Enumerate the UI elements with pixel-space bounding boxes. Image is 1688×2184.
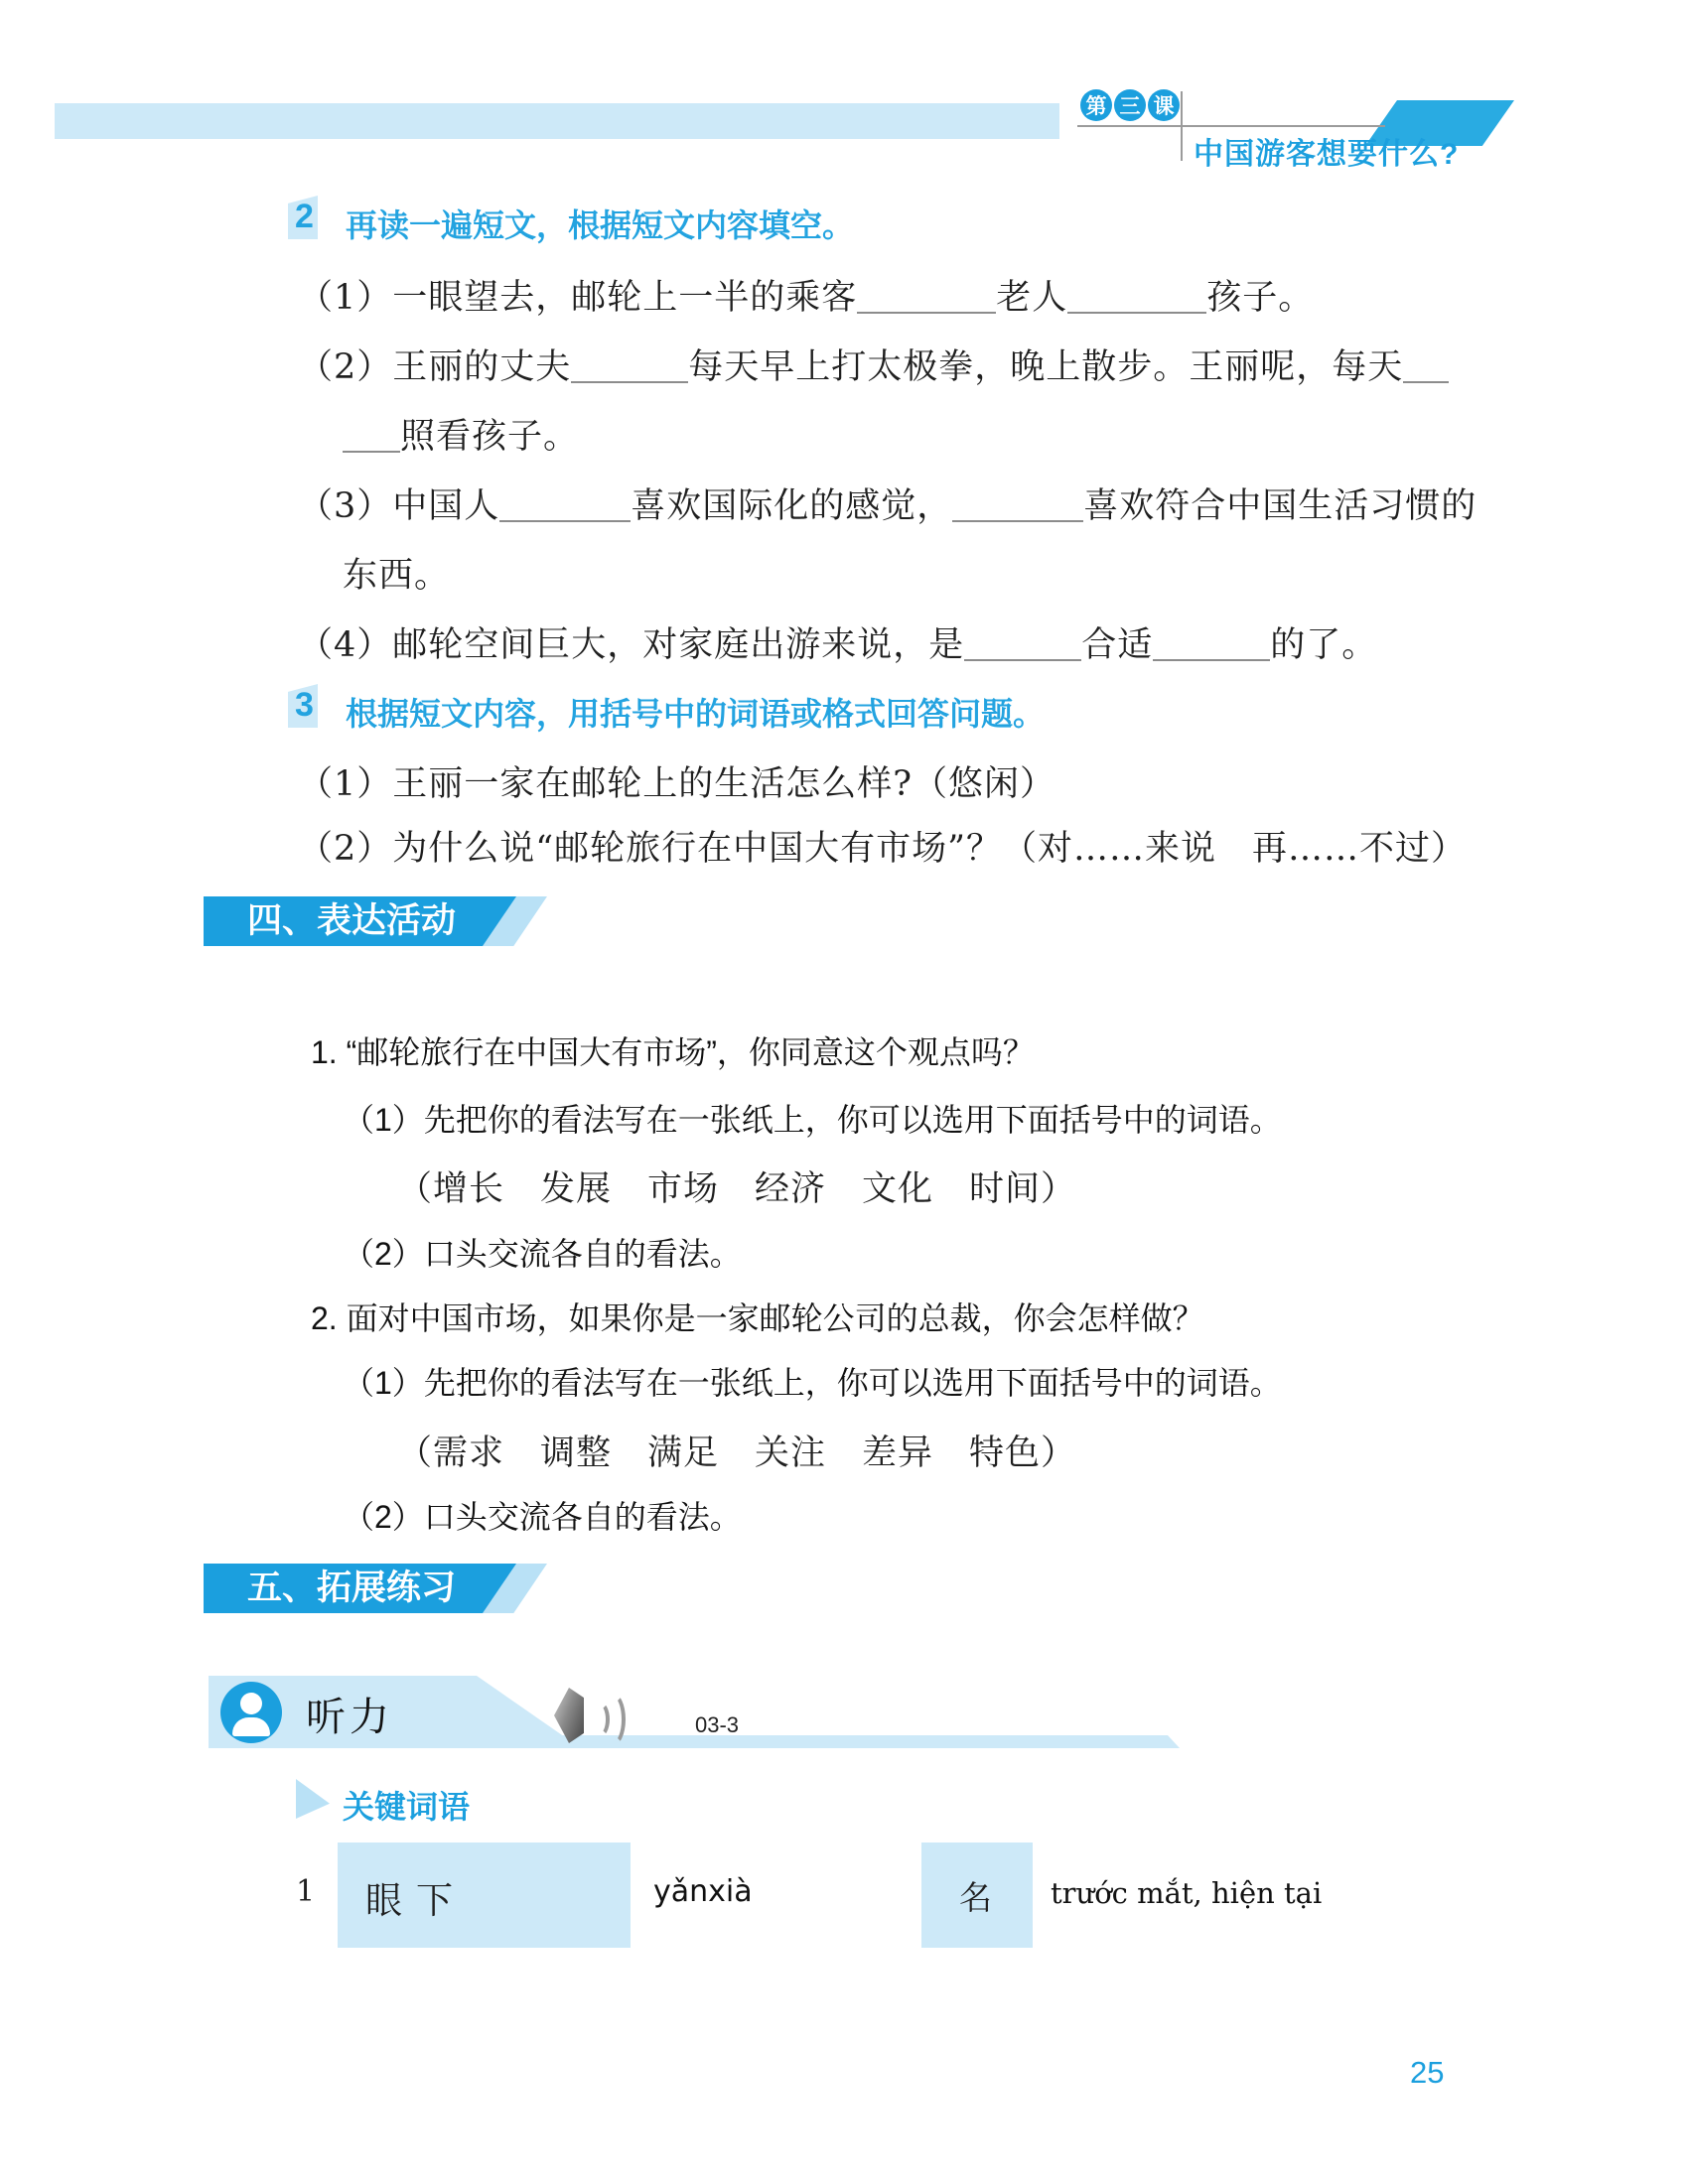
person-icon-body: [232, 1717, 270, 1736]
fill-item-3-text: 喜欢符合中国生活习惯的: [1083, 486, 1477, 526]
section4-banner: 四、表达活动: [204, 896, 516, 946]
activity-substep: （2）口头交流各自的看法。: [343, 1492, 742, 1538]
fill-blank: [1153, 624, 1270, 661]
vocab-index: 1: [296, 1874, 315, 1909]
fill-item-2-text: 照看孩子。: [400, 417, 579, 457]
activity-substep: （1）先把你的看法写在一张纸上，你可以选用下面括号中的词语。: [343, 1358, 1282, 1404]
speaker-wave-icon: [600, 1693, 626, 1746]
lesson-badge: 第 三 课: [1080, 89, 1180, 121]
fill-item-4-text: 合适: [1081, 625, 1153, 665]
fill-blank: [343, 416, 400, 453]
activity-question-1: 1. “邮轮旅行在中国大有市场”，你同意这个观点吗？: [311, 1027, 1035, 1073]
audio-track-label: 03-3: [695, 1712, 739, 1738]
word-bank: （需求 调整 满足 关注 差异 特色）: [397, 1426, 1076, 1475]
fill-item-2-line2: 照看孩子。: [343, 409, 579, 459]
fill-item-3-line2: 东西。: [343, 548, 450, 598]
fill-item-1-text: 老人: [996, 278, 1067, 318]
fill-item-1: （1）一眼望去，邮轮上一半的乘客老人孩子。: [298, 270, 1314, 320]
fill-item-1-text: （1）一眼望去，邮轮上一半的乘客: [298, 278, 857, 318]
header-bar: [55, 103, 1059, 139]
fill-item-2-text: （2）王丽的丈夫: [298, 347, 571, 387]
activity-substep: （2）口头交流各自的看法。: [343, 1229, 742, 1275]
section3-number: 3: [295, 686, 314, 725]
fill-item-2-line1: （2）王丽的丈夫每天早上打太极拳，晚上散步。王丽呢，每天: [298, 340, 1449, 389]
fill-item-3-line1: （3）中国人喜欢国际化的感觉，喜欢符合中国生活习惯的: [298, 478, 1477, 528]
fill-item-1-text: 孩子。: [1206, 278, 1314, 318]
vocab-pos: 名: [959, 1872, 993, 1919]
fill-blank: [1067, 277, 1206, 314]
activity-substep: （1）先把你的看法写在一张纸上，你可以选用下面括号中的词语。: [343, 1095, 1282, 1141]
fill-blank: [499, 485, 631, 522]
keywords-marker-icon: [296, 1779, 330, 1819]
lesson-title: 中国游客想要什么?: [1194, 129, 1459, 173]
fill-blank: [952, 485, 1083, 522]
vocab-word: 眼下: [365, 1870, 467, 1924]
lesson-badge-char: 三: [1114, 89, 1146, 121]
header-divider-line: [1077, 125, 1385, 127]
textbook-page: 第 三 课 中国游客想要什么? 2 再读一遍短文，根据短文内容填空。 （1）一眼…: [0, 0, 1688, 2184]
fill-item-4-text: 的了。: [1270, 625, 1377, 665]
header-vertical-line: [1181, 91, 1183, 161]
fill-item-3-text: 喜欢国际化的感觉，: [631, 486, 952, 526]
lesson-badge-char: 第: [1080, 89, 1112, 121]
word-bank: （增长 发展 市场 经济 文化 时间）: [397, 1161, 1076, 1211]
lesson-badge-char: 课: [1148, 89, 1180, 121]
listening-label: 听力: [306, 1686, 393, 1742]
question-item: （1）王丽一家在邮轮上的生活怎么样?（悠闲）: [298, 756, 1055, 806]
section2-number: 2: [295, 198, 314, 236]
person-icon-head: [240, 1693, 262, 1714]
activity-question-2: 2. 面对中国市场，如果你是一家邮轮公司的总裁，你会怎样做？: [311, 1294, 1204, 1339]
fill-blank: [1403, 346, 1449, 383]
keywords-label: 关键词语: [343, 1782, 470, 1828]
fill-blank: [857, 277, 996, 314]
fill-blank: [964, 624, 1081, 661]
section5-banner: 五、拓展练习: [204, 1564, 516, 1613]
fill-item-3-text: （3）中国人: [298, 486, 499, 526]
fill-item-4: （4）邮轮空间巨大，对家庭出游来说，是合适的了。: [298, 617, 1377, 667]
fill-item-4-text: （4）邮轮空间巨大，对家庭出游来说，是: [298, 625, 964, 665]
section3-title: 根据短文内容，用括号中的词语或格式回答问题。: [346, 689, 1045, 735]
fill-item-2-text: 每天早上打太极拳，晚上散步。王丽呢，每天: [688, 347, 1403, 387]
person-icon: [220, 1682, 282, 1743]
section2-title: 再读一遍短文，根据短文内容填空。: [346, 201, 854, 246]
fill-blank: [571, 346, 688, 383]
question-item: （2）为什么说“邮轮旅行在中国大有市场”？（对……来说 再……不过）: [298, 821, 1467, 871]
vocab-translation: trước mắt, hiện tại: [1051, 1876, 1322, 1910]
vocab-pinyin: yǎnxià: [653, 1874, 753, 1909]
page-number: 25: [1410, 2055, 1444, 2091]
